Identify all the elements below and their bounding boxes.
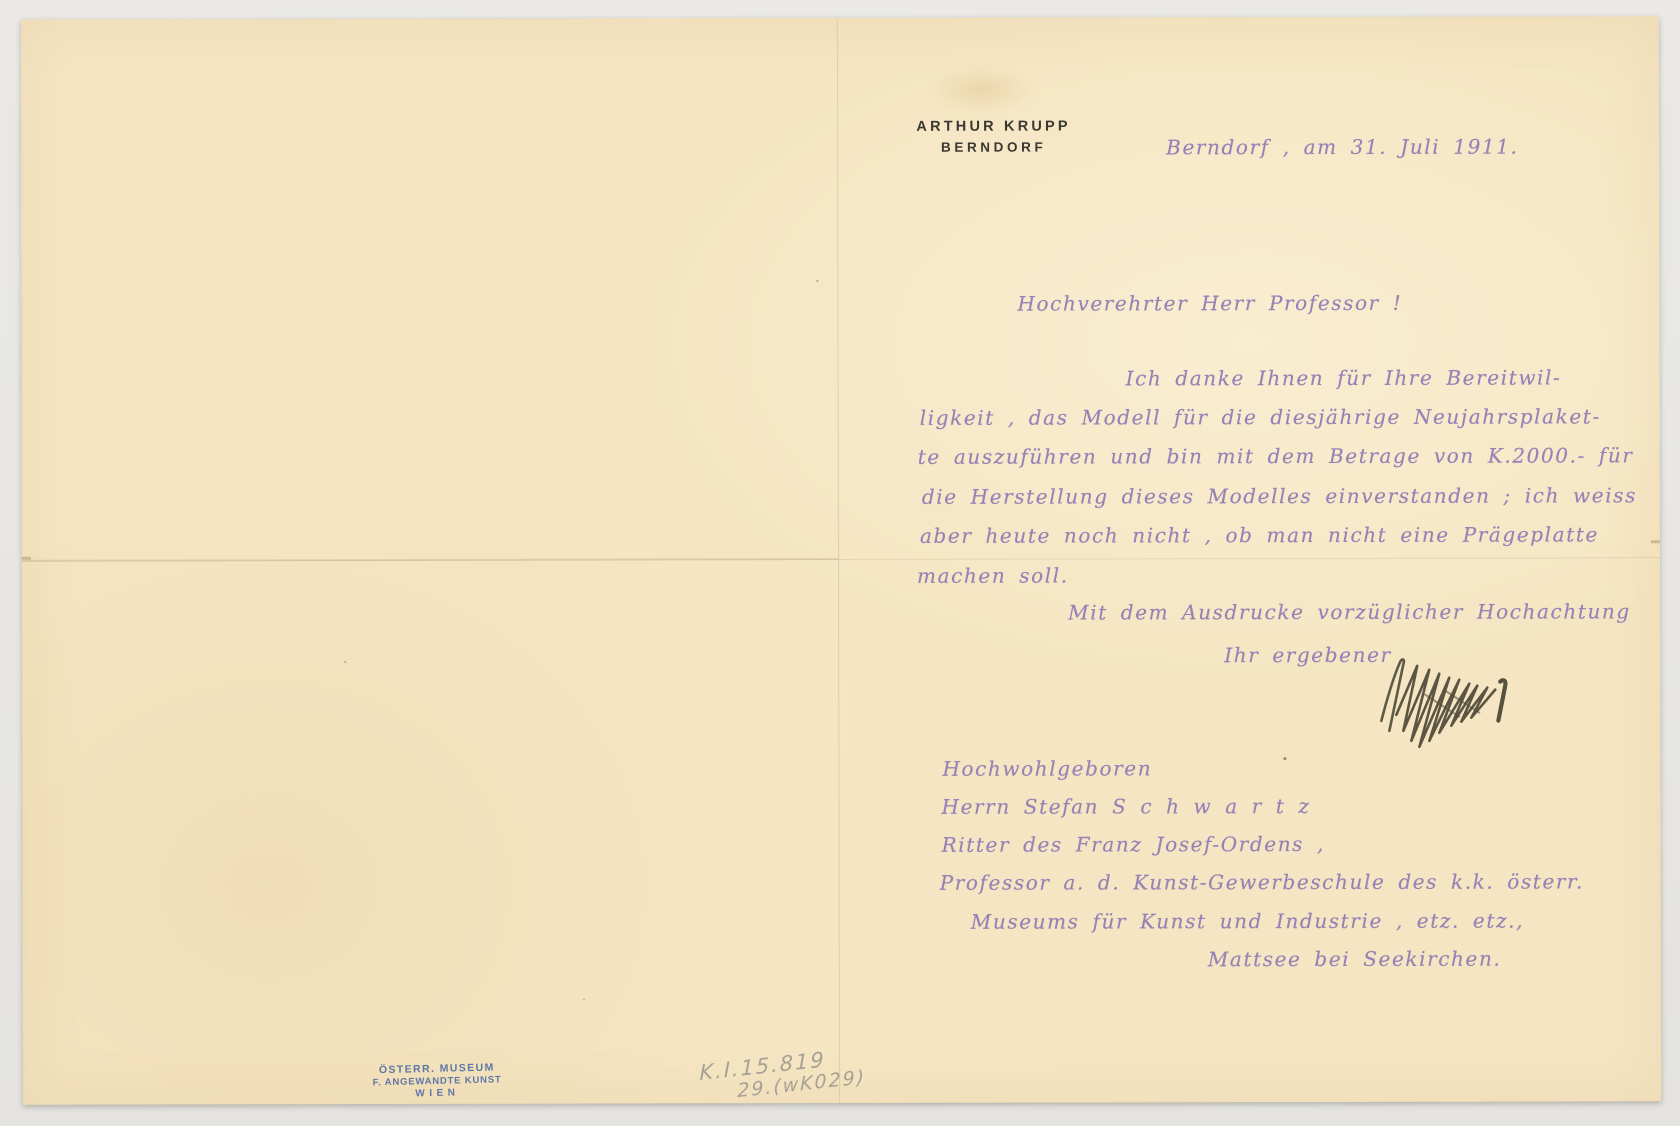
paper-speck [583,999,585,1001]
recipient-line: Mattsee bei Seekirchen. [1208,947,1502,972]
letterhead-place: BERNDORF [906,139,1081,154]
paper-speck [816,280,818,282]
museum-stamp: ÖSTERR. MUSEUM F. ANGEWANDTE KUNST WIEN [371,1061,504,1100]
stamp-line: WIEN [371,1086,503,1100]
paper-speck [1283,757,1286,760]
paper-speck [344,661,346,663]
fold-edge-notch [22,557,31,560]
body-line: ligkeit , das Modell für die diesjährige… [920,404,1601,429]
body-line: te auszuführen und bin mit dem Betrage v… [918,443,1634,468]
date-line: Berndorf , am 31. Juli 1911. [1166,135,1518,160]
scan-background: ARTHUR KRUPP BERNDORF Berndorf , am 31. … [0,0,1680,1126]
letter-paper: ARTHUR KRUPP BERNDORF Berndorf , am 31. … [21,16,1661,1104]
body-line: machen soll. [917,564,1069,588]
letterhead-block: ARTHUR KRUPP BERNDORF [906,118,1081,154]
body-line: aber heute noch nicht , ob man nicht ein… [920,522,1599,547]
letterhead-name: ARTHUR KRUPP [906,118,1081,134]
recipient-line: Ritter des Franz Josef-Ordens , [942,832,1325,857]
fold-edge-notch [1651,540,1660,543]
paper-smudge [926,66,1036,114]
krupp-signature [1367,655,1525,757]
body-line: Ich danke Ihnen für Ihre Bereitwil- [1126,365,1562,390]
body-line: die Herstellung dieses Modelles einverst… [922,483,1637,508]
closing-line: Mit dem Ausdrucke vorzüglicher Hochachtu… [1068,599,1631,624]
recipient-line: Hochwohlgeboren [942,756,1152,780]
recipient-line: Herrn Stefan S c h w a r t z [941,794,1310,819]
recipient-line: Museums für Kunst und Industrie , etz. e… [971,909,1524,934]
recipient-line: Professor a. d. Kunst-Gewerbeschule des … [940,869,1584,894]
salutation-line: Hochverehrter Herr Professor ! [1017,291,1402,316]
